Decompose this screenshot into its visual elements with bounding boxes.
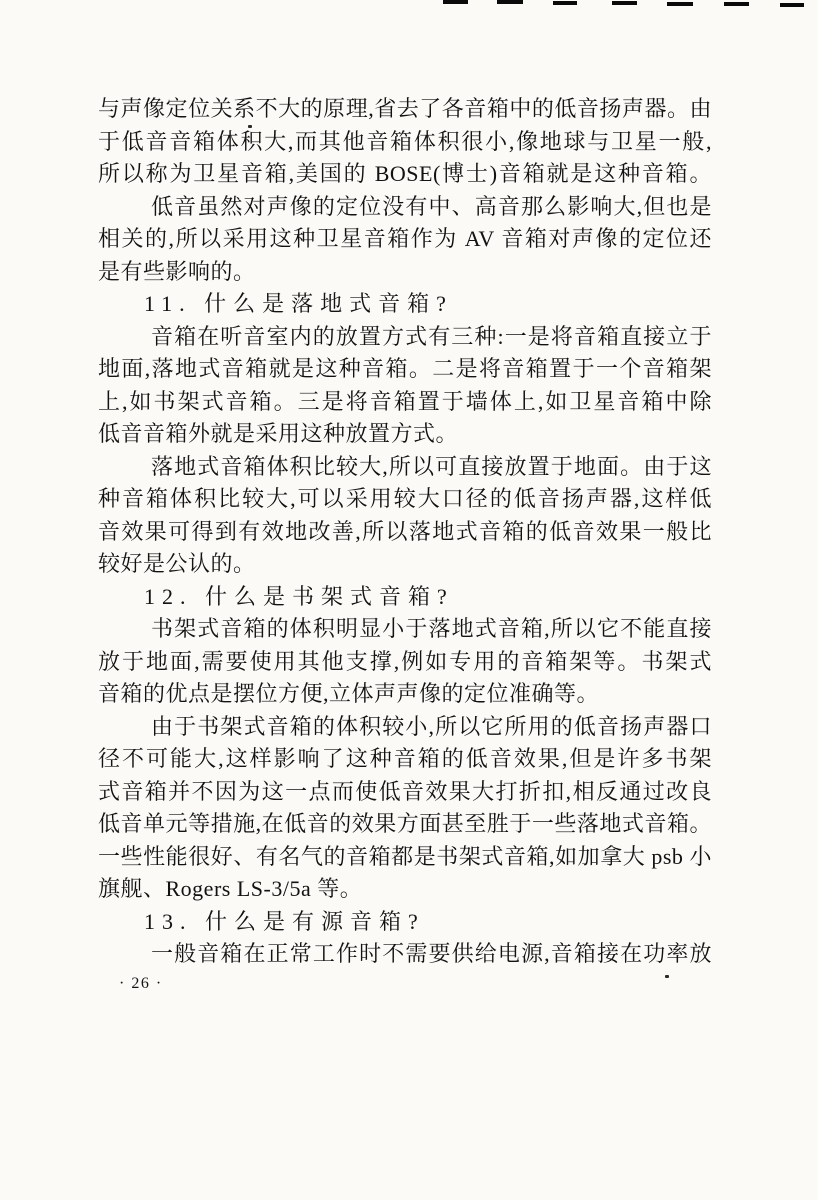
text-line: 音箱在听音室内的放置方式有三种:一是将音箱直接立于 [98, 321, 712, 354]
text-line: 书架式音箱的体积明显小于落地式音箱,所以它不能直接 [98, 613, 712, 646]
text-line: 径不可能大,这样影响了这种音箱的低音效果,但是许多书架 [98, 743, 712, 776]
page-number: · 26 · [119, 975, 163, 993]
scan-dash [612, 1, 637, 5]
scan-speck [248, 125, 252, 128]
text-line: 上,如书架式音箱。三是将音箱置于墙体上,如卫星音箱中除 [98, 386, 712, 419]
book-page: 与声像定位关系不大的原理,省去了各音箱中的低音扬声器。由于低音音箱体积大,而其他… [0, 0, 818, 1200]
scan-dash [724, 2, 749, 6]
text-line: 一些性能很好、有名气的音箱都是书架式音箱,如加拿大 psb 小 [98, 841, 712, 874]
body-text: 与声像定位关系不大的原理,省去了各音箱中的低音扬声器。由于低音音箱体积大,而其他… [98, 93, 712, 971]
text-line: 落地式音箱体积比较大,所以可直接放置于地面。由于这 [98, 451, 712, 484]
text-line: 旗舰、Rogers LS-3/5a 等。 [98, 873, 712, 906]
scan-dash [443, 0, 468, 4]
text-line: 地面,落地式音箱就是这种音箱。二是将音箱置于一个音箱架 [98, 353, 712, 386]
text-line: 低音单元等措施,在低音的效果方面甚至胜于一些落地式音箱。 [98, 808, 712, 841]
text-line: 12. 什么是书架式音箱? [98, 581, 712, 614]
text-line: 是有些影响的。 [98, 256, 712, 289]
text-line: 13. 什么是有源音箱? [98, 906, 712, 939]
text-line: 由于书架式音箱的体积较小,所以它所用的低音扬声器口 [98, 711, 712, 744]
text-line: 11. 什么是落地式音箱? [98, 288, 712, 321]
text-line: 一般音箱在正常工作时不需要供给电源,音箱接在功率放 [98, 938, 712, 971]
text-line: 较好是公认的。 [98, 548, 712, 581]
scan-dash [553, 1, 577, 5]
text-line: 式音箱并不因为这一点而使低音效果大打折扣,相反通过改良 [98, 776, 712, 809]
text-line: 音效果可得到有效地改善,所以落地式音箱的低音效果一般比 [98, 516, 712, 549]
scan-dash [497, 0, 523, 4]
scan-dash [667, 2, 693, 6]
text-line: 与声像定位关系不大的原理,省去了各音箱中的低音扬声器。由 [98, 93, 712, 126]
text-line: 相关的,所以采用这种卫星音箱作为 AV 音箱对声像的定位还 [98, 223, 712, 256]
text-line: 低音虽然对声像的定位没有中、高音那么影响大,但也是 [98, 191, 712, 224]
text-line: 音箱的优点是摆位方便,立体声声像的定位准确等。 [98, 678, 712, 711]
scan-speck [665, 975, 669, 978]
text-line: 放于地面,需要使用其他支撑,例如专用的音箱架等。书架式 [98, 646, 712, 679]
text-line: 所以称为卫星音箱,美国的 BOSE(博士)音箱就是这种音箱。 [98, 158, 712, 191]
text-line: 种音箱体积比较大,可以采用较大口径的低音扬声器,这样低 [98, 483, 712, 516]
text-line: 于低音音箱体积大,而其他音箱体积很小,像地球与卫星一般, [98, 126, 712, 159]
text-line: 低音音箱外就是采用这种放置方式。 [98, 418, 712, 451]
scan-dash [780, 3, 804, 7]
